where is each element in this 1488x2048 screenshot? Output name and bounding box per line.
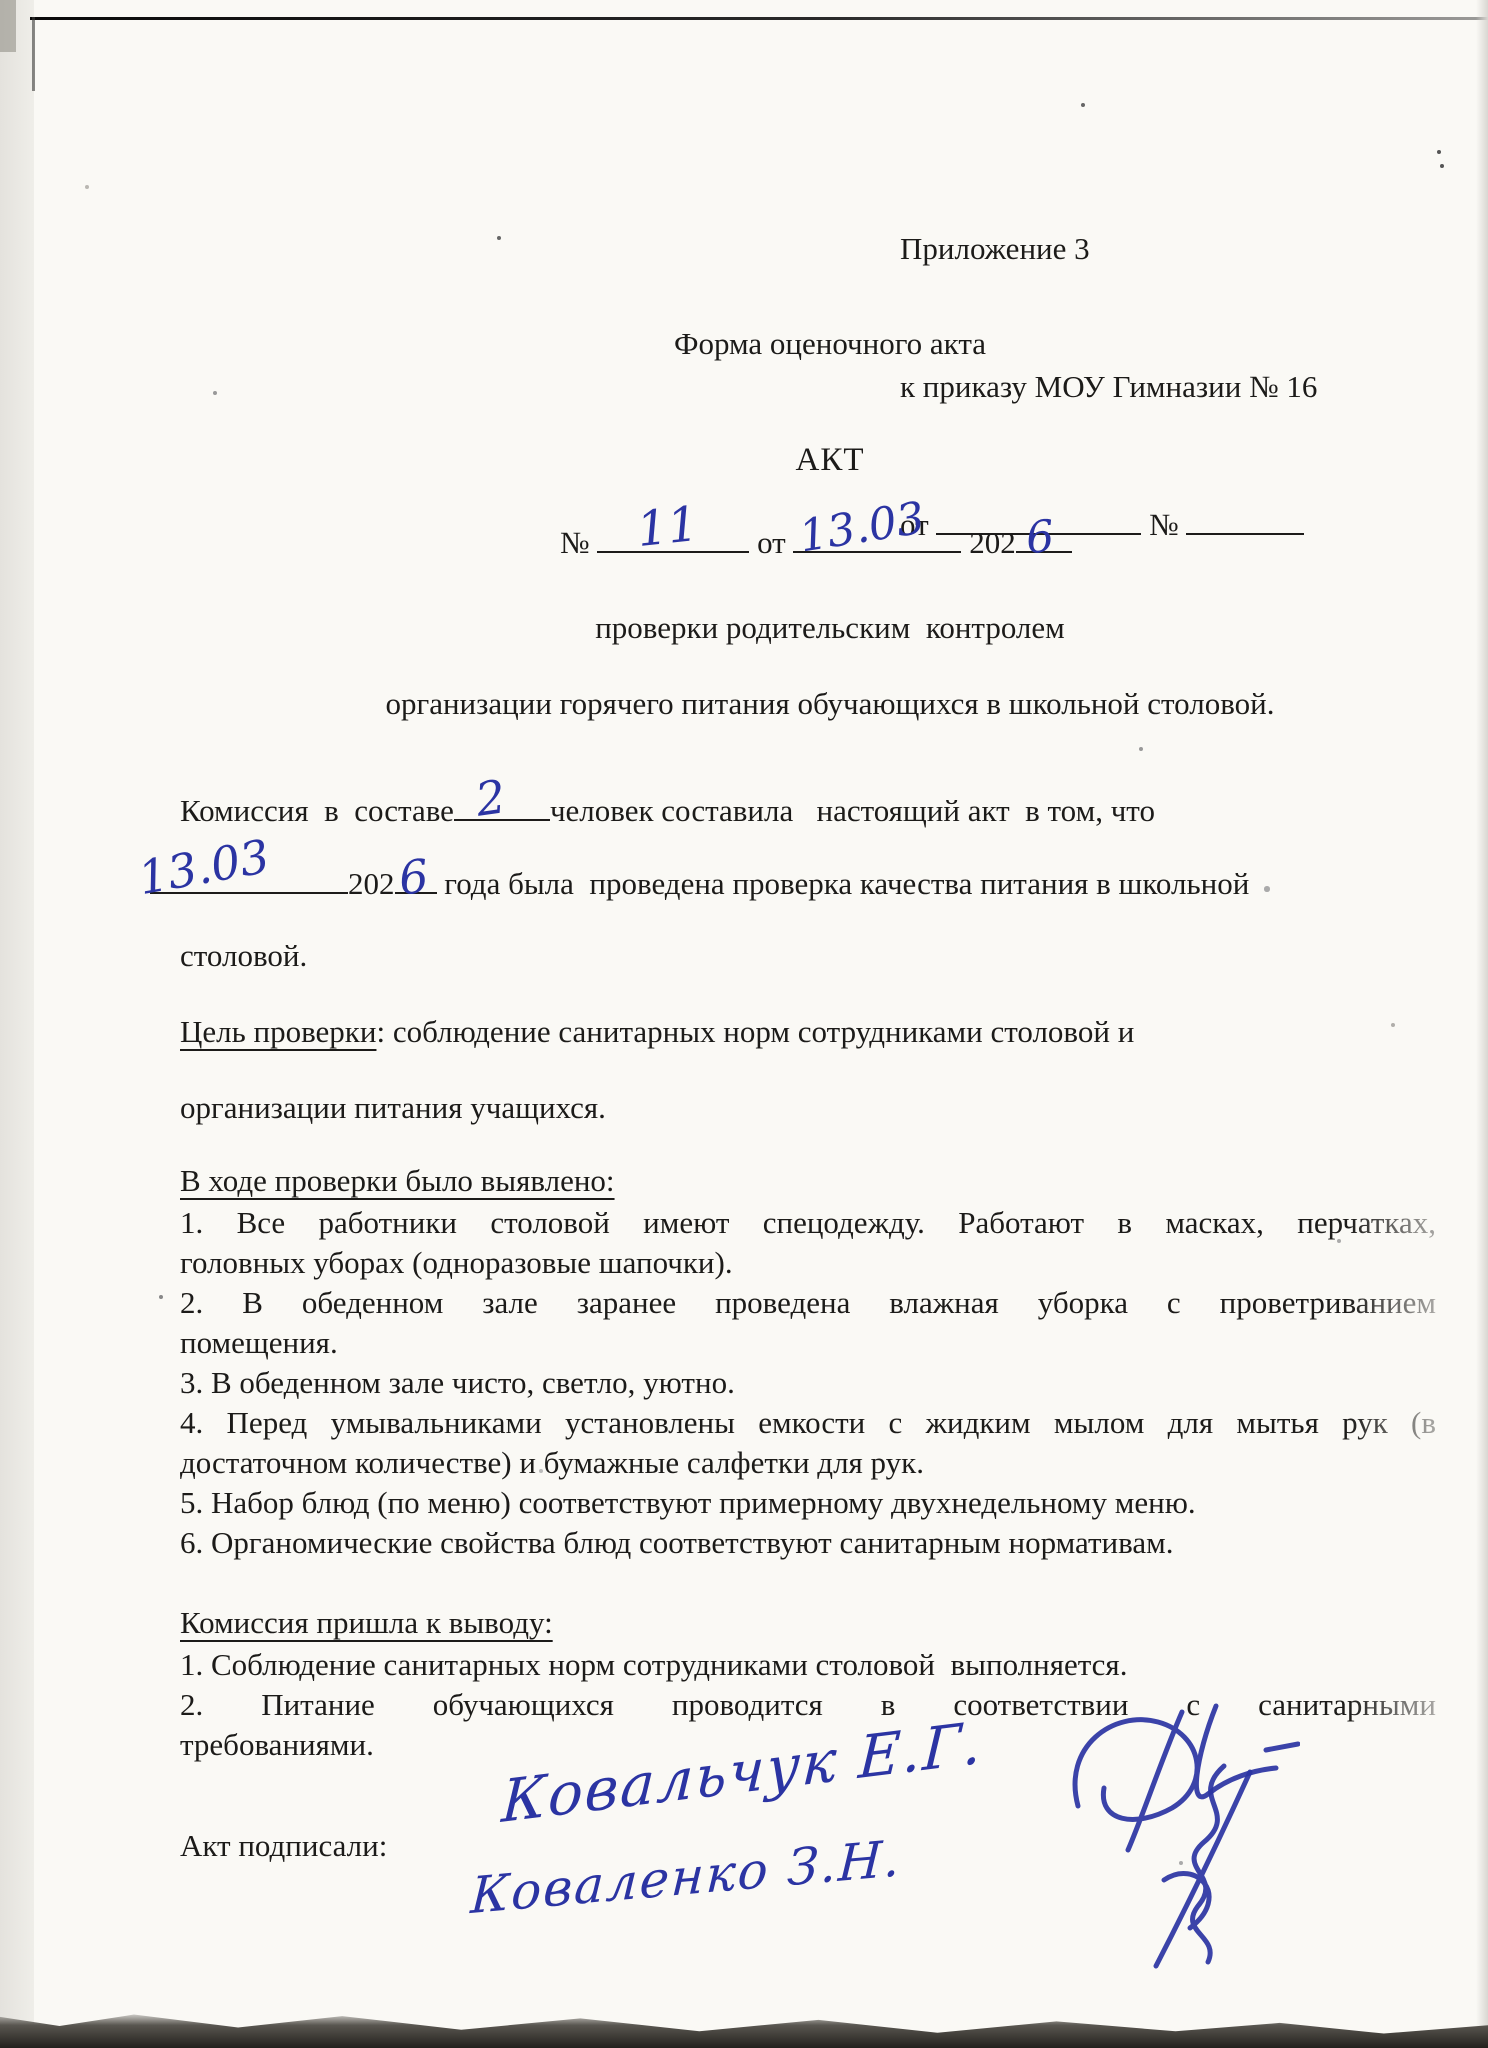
scan-right-shadow bbox=[1476, 0, 1488, 2048]
scan-noise-specks bbox=[0, 0, 2, 2]
handwritten-check-year-digit: 6 bbox=[396, 849, 431, 906]
intro-line3: столовой. bbox=[180, 938, 307, 974]
list-item: 3. В обеденном зале чисто, светло, уютно… bbox=[180, 1363, 1436, 1403]
scan-bottom-edge-band bbox=[0, 2010, 1488, 2048]
list-item-line: помещения. bbox=[180, 1323, 1436, 1363]
list-item-line: достаточном количестве) и бумажные салфе… bbox=[180, 1443, 1436, 1483]
list-item: 5. Набор блюд (по меню) соответствуют пр… bbox=[180, 1483, 1436, 1523]
item-number: 3. bbox=[180, 1365, 211, 1400]
list-item-line: головных уборах (одноразовые шапочки). bbox=[180, 1243, 1436, 1283]
act-number-sign: № bbox=[560, 525, 590, 560]
purpose-line2: организации питания учащихся. bbox=[180, 1090, 606, 1126]
signature-flourish-2 bbox=[1128, 1758, 1273, 1973]
findings-heading: В ходе проверки было выявлено: bbox=[180, 1163, 615, 1199]
handwritten-check-date: 13.03 bbox=[134, 829, 273, 905]
list-item-line: 1. Все работники столовой имеют спецодеж… bbox=[180, 1203, 1436, 1243]
scanned-act-document: Приложение 3 к приказу МОУ Гимназии № 16… bbox=[0, 0, 1488, 2048]
item-number: 1. bbox=[180, 1205, 237, 1240]
list-item-line: 5. Набор блюд (по меню) соответствуют пр… bbox=[180, 1483, 1436, 1523]
handwritten-act-date: 13.03 bbox=[796, 492, 928, 562]
purpose-colon: : bbox=[376, 1014, 385, 1049]
number-sign: № bbox=[1149, 507, 1179, 542]
scan-corner-line bbox=[32, 17, 35, 91]
scan-left-edge-strip bbox=[0, 0, 34, 2048]
intro-line1: Комиссия в составе2человек составила нас… bbox=[180, 788, 1155, 829]
list-item: 4. Перед умывальниками установлены емкос… bbox=[180, 1403, 1436, 1483]
intro-line1-after: человек составила настоящий акт в том, ч… bbox=[550, 793, 1155, 828]
item-number: 4. bbox=[180, 1405, 227, 1440]
appendix-header-block: Приложение 3 к приказу МОУ Гимназии № 16… bbox=[900, 134, 1317, 640]
act-from-label: от bbox=[757, 525, 786, 560]
committee-count-blank: 2 bbox=[454, 788, 550, 821]
check-year-blank: 6 bbox=[395, 861, 437, 894]
handwritten-act-number: 11 bbox=[635, 496, 702, 558]
purpose-line1: Цель проверки: соблюдение санитарных нор… bbox=[180, 1014, 1134, 1050]
list-item-line: 3. В обеденном зале чисто, светло, уютно… bbox=[180, 1363, 1436, 1403]
list-item-line: 1. Соблюдение санитарных норм сотрудника… bbox=[180, 1645, 1436, 1685]
check-date-blank: 13.03 bbox=[150, 861, 348, 894]
list-item: 1. Соблюдение санитарных норм сотрудника… bbox=[180, 1645, 1436, 1685]
signing-label: Акт подписали: bbox=[180, 1828, 387, 1864]
list-item: 1. Все работники столовой имеют спецодеж… bbox=[180, 1203, 1436, 1283]
act-date-blank: 13.03 bbox=[793, 520, 961, 553]
item-number: 5. bbox=[180, 1485, 211, 1520]
purpose-label: Цель проверки bbox=[180, 1014, 376, 1049]
list-item: 6. Органомические свойства блюд соответс… bbox=[180, 1523, 1436, 1563]
list-item-line: 2. В обеденном зале заранее проведена вл… bbox=[180, 1283, 1436, 1323]
item-number: 6. bbox=[180, 1525, 211, 1560]
order-number-blank bbox=[1186, 502, 1304, 535]
item-number: 1. bbox=[180, 1647, 211, 1682]
purpose-line1-rest: соблюдение санитарных норм сотрудниками … bbox=[385, 1014, 1134, 1049]
list-item-line: 4. Перед умывальниками установлены емкос… bbox=[180, 1403, 1436, 1443]
act-number-blank: 11 bbox=[597, 520, 749, 553]
act-subtitle-line1: проверки родительским контролем bbox=[180, 610, 1480, 646]
handwritten-committee-count: 2 bbox=[472, 769, 509, 827]
intro-line1-before: Комиссия в составе bbox=[180, 793, 454, 828]
order-reference-line: к приказу МОУ Гимназии № 16 bbox=[900, 364, 1317, 410]
appendix-line: Приложение 3 bbox=[900, 226, 1317, 272]
item-number: 2. bbox=[180, 1687, 261, 1722]
act-subtitle-line2: организации горячего питания обучающихся… bbox=[180, 686, 1480, 722]
item-number: 2. bbox=[180, 1285, 242, 1320]
intro-line2: 13.032026 года была проведена проверка к… bbox=[150, 861, 1249, 902]
act-year-blank: 6 bbox=[1016, 520, 1072, 553]
act-title: АКТ bbox=[180, 442, 1480, 479]
list-item-line: 6. Органомические свойства блюд соответс… bbox=[180, 1523, 1436, 1563]
act-year-prefix: 202 bbox=[969, 525, 1016, 560]
act-number-row: № 11 от 13.03 2026 bbox=[560, 520, 1072, 561]
list-item: 2. В обеденном зале заранее проведена вл… bbox=[180, 1283, 1436, 1363]
conclusion-heading: Комиссия пришла к выводу: bbox=[180, 1605, 553, 1641]
findings-list: 1. Все работники столовой имеют спецодеж… bbox=[180, 1203, 1436, 1563]
scan-corner-mark bbox=[0, 0, 16, 52]
intro-line2-after: года была проведена проверка качества пи… bbox=[437, 866, 1250, 901]
handwritten-signature-name-2: Коваленко З.Н. bbox=[469, 1829, 903, 1925]
intro-year-prefix: 202 bbox=[348, 866, 395, 901]
form-title: Форма оценочного акта bbox=[180, 326, 1480, 362]
handwritten-act-year-digit: 6 bbox=[1024, 511, 1056, 564]
scan-top-edge-line bbox=[30, 17, 1488, 20]
